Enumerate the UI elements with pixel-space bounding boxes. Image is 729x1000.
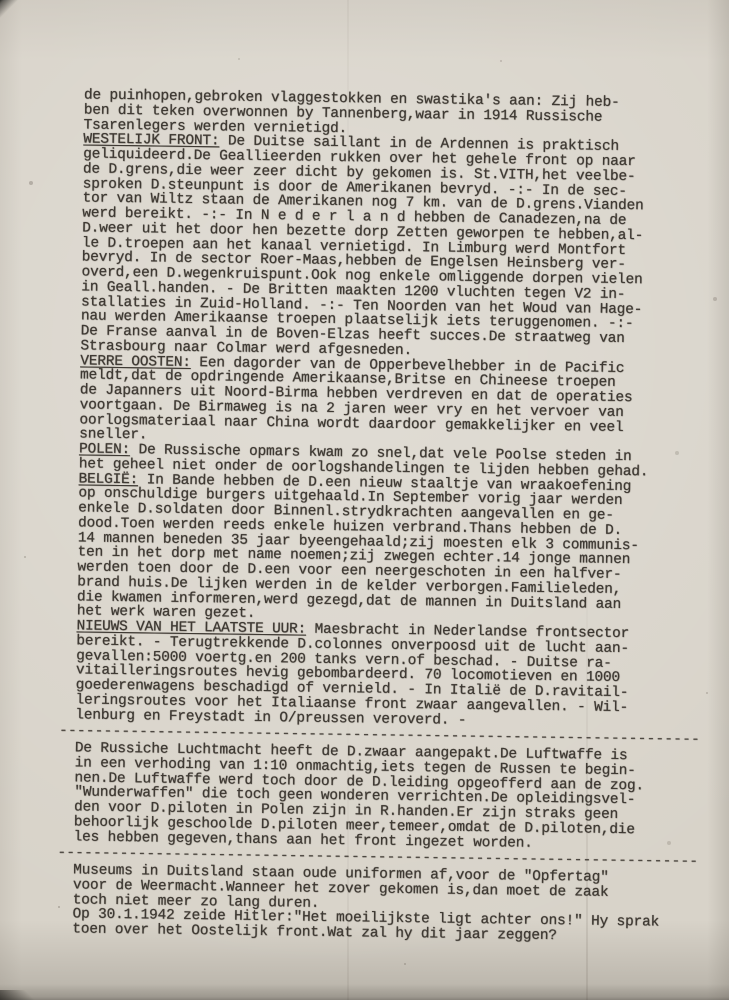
bottom-left-corner-shadow [0,990,40,1000]
document-lines: de puinhopen,gebroken vlaggestokken en s… [72,88,696,945]
top-left-corner-shadow [0,0,26,26]
bottom-paper-edge [0,984,729,1000]
paper-sheet: de puinhopen,gebroken vlaggestokken en s… [0,0,729,1000]
paper-specks [0,0,2,2]
